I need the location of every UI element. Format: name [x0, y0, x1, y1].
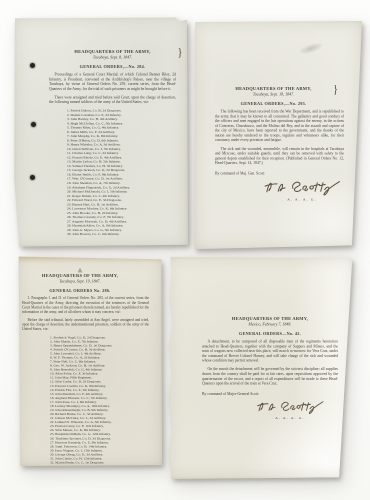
by-command-line: By command of Maj. Gen. Scott:	[215, 171, 362, 176]
masthead: HEADQUARTERS OF THE ARMY, Tacubaya, Sept…	[49, 49, 176, 69]
roster-entry: 30. John Bowers, Co. C, 6th Infantry.	[67, 232, 188, 236]
header-brace: }	[177, 47, 182, 58]
signature-block: A. A. A. G.	[167, 397, 325, 420]
headquarters-line: HEADQUARTERS OF THE ARMY,	[215, 86, 332, 91]
paragraph: A detachment, to be composed of all disp…	[202, 339, 338, 363]
paragraph: Proceedings of a General Court Martial, …	[49, 72, 176, 91]
by-command-line: By command of Major-General Scott:	[202, 391, 353, 396]
order-number-line: GENERAL ORDERS—No. 42.	[202, 331, 338, 336]
dateline: Tacubaya, Sept. 18, 1847.	[215, 92, 332, 97]
paper-sheet: HEADQUARTERS OF THE ARMY, Mexico, Februa…	[167, 257, 353, 479]
order-number-line: GENERAL ORDERS,—No. 284.	[49, 64, 176, 69]
masthead: HEADQUARTERS OF THE ARMY, Tacubaya, Sept…	[215, 86, 332, 106]
leaflet-general-orders-286: ⁂ HEADQUARTERS OF THE ARMY, Tacubaya, Se…	[18, 256, 162, 466]
headquarters-line: HEADQUARTERS OF THE ARMY,	[49, 49, 176, 54]
scott-signature	[262, 176, 342, 197]
order-number-line: GENERAL ORDERS,—No. 295.	[215, 101, 332, 106]
paragraph: The sick and the wounded, meanwhile, wil…	[215, 146, 344, 165]
paper-sheet: HEADQUARTERS OF THE ARMY, Tacubaya, Sept…	[194, 21, 362, 250]
signature-title: A. A. A. G.	[255, 416, 325, 420]
dateline: Tacubaya, Sept. 19, 1847.	[18, 279, 142, 284]
masthead: HEADQUARTERS OF THE ARMY, Tacubaya, Sept…	[18, 273, 142, 293]
dateline: Mexico, February 7, 1848.	[202, 322, 338, 327]
masthead: HEADQUARTERS OF THE ARMY, Mexico, Februa…	[202, 316, 338, 336]
header-brace: }	[333, 84, 338, 95]
roster-entry: 32. Martin Brady, Co. C, 1st Dragoons.	[50, 461, 162, 465]
paper-sheet: HEADQUARTERS OF THE ARMY, Tacubaya, Sept…	[14, 17, 188, 247]
court-martial-roster: 1. Patrick Dalton, Co. B, 2d Dragoons.2.…	[67, 108, 188, 236]
catalog-photo: HEADQUARTERS OF THE ARMY, Tacubaya, Sept…	[0, 0, 370, 500]
leaflet-general-orders-295: HEADQUARTERS OF THE ARMY, Tacubaya, Sept…	[194, 21, 362, 250]
dateline: Tacubaya, Sept. 8, 1847.	[49, 55, 176, 60]
paragraph: The following has been received from the…	[215, 109, 344, 142]
headquarters-line: HEADQUARTERS OF THE ARMY,	[18, 273, 142, 278]
headquarters-line: HEADQUARTERS OF THE ARMY,	[202, 316, 338, 321]
leaflet-general-orders-284: HEADQUARTERS OF THE ARMY, Tacubaya, Sept…	[14, 17, 188, 247]
leaflet-general-orders-42: HEADQUARTERS OF THE ARMY, Mexico, Februa…	[167, 257, 353, 479]
paragraph: 1. Paragraphs I. and II. of General Orde…	[22, 296, 149, 314]
paper-sheet: ⁂ HEADQUARTERS OF THE ARMY, Tacubaya, Se…	[18, 256, 162, 466]
scott-signature	[255, 397, 325, 416]
prisoner-roster: 1. Frederick Vogel, Co. K, 2d Dragoons.2…	[50, 336, 162, 465]
signature-title: A. A. A. G.	[262, 197, 342, 201]
paragraph: Before the said tribunal, lately assembl…	[22, 318, 149, 332]
order-number-line: GENERAL ORDERS No. 286.	[18, 288, 142, 293]
paragraph: There were arraigned and tried before sa…	[49, 95, 176, 105]
signature-block: A. A. A. G.	[194, 176, 342, 201]
paragraph: On the march the detachment will be gove…	[202, 367, 338, 386]
